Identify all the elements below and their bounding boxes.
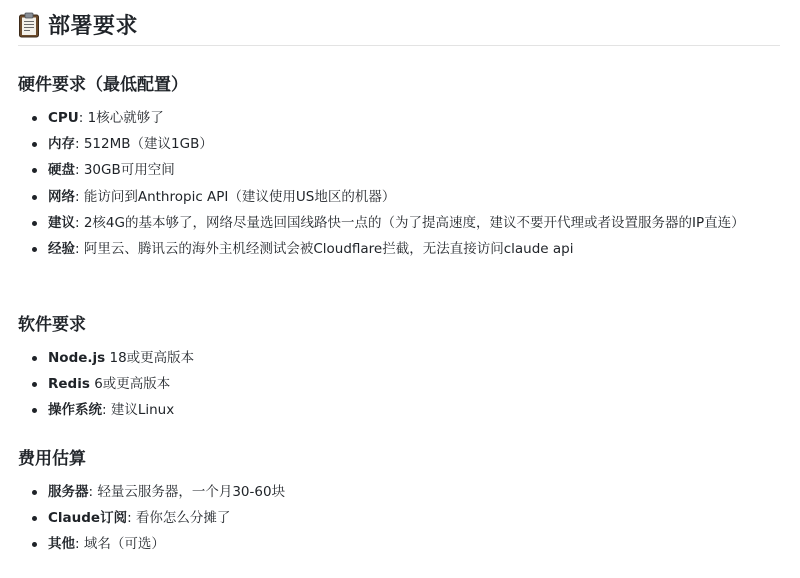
item-text: 域名（可选） (84, 536, 165, 552)
hardware-list: CPU: 1核心就够了 内存: 512MB（建议1GB） 硬盘: 30GB可用空… (18, 109, 788, 258)
list-item: 硬盘: 30GB可用空间 (30, 161, 788, 179)
list-item: 其他: 域名（可选） (30, 535, 788, 553)
page-heading: 部署要求 (18, 0, 780, 46)
section-cost: 费用估算 服务器: 轻量云服务器，一个月30-60块 Claude订阅: 看你怎… (18, 444, 788, 562)
list-item: CPU: 1核心就够了 (30, 109, 788, 127)
list-item: 服务器: 轻量云服务器，一个月30-60块 (30, 483, 788, 501)
item-text: 建议Linux (111, 402, 174, 418)
item-label: 其他 (48, 536, 75, 552)
software-list: Node.js 18或更高版本 Redis 6或更高版本 操作系统: 建议Lin… (18, 349, 788, 419)
item-label: Redis (48, 376, 90, 392)
item-text: 30GB可用空间 (84, 162, 175, 178)
section-title: 费用估算 (18, 444, 788, 469)
clipboard-icon (18, 12, 40, 38)
item-label: 网络 (48, 189, 75, 205)
page-title: 部署要求 (48, 9, 138, 40)
item-label: 内存 (48, 136, 75, 152)
list-item: 内存: 512MB（建议1GB） (30, 135, 788, 153)
item-text: 看你怎么分摊了 (136, 510, 231, 526)
item-label: 硬盘 (48, 162, 75, 178)
item-label: Claude订阅 (48, 510, 127, 526)
list-item: 经验: 阿里云、腾讯云的海外主机经测试会被Cloudflare拦截，无法直接访问… (30, 240, 788, 258)
item-text: 18或更高版本 (109, 350, 194, 366)
list-item: Claude订阅: 看你怎么分摊了 (30, 509, 788, 527)
item-text: 阿里云、腾讯云的海外主机经测试会被Cloudflare拦截，无法直接访问clau… (84, 241, 574, 257)
cost-list: 服务器: 轻量云服务器，一个月30-60块 Claude订阅: 看你怎么分摊了 … (18, 483, 788, 553)
item-label: CPU (48, 110, 79, 126)
section-software: 软件要求 Node.js 18或更高版本 Redis 6或更高版本 操作系统: … (18, 310, 788, 428)
list-item: 操作系统: 建议Linux (30, 401, 788, 419)
item-label: 操作系统 (48, 402, 102, 418)
section-title: 硬件要求（最低配置） (18, 70, 788, 95)
item-label: 服务器 (48, 484, 89, 500)
section-title: 软件要求 (18, 310, 788, 335)
item-text: 512MB（建议1GB） (84, 136, 213, 152)
list-item: 网络: 能访问到Anthropic API（建议使用US地区的机器） (30, 188, 788, 206)
item-label: 经验 (48, 241, 75, 257)
item-text: 2核4G的基本够了，网络尽量选回国线路快一点的（为了提高速度，建议不要开代理或者… (84, 215, 745, 231)
list-item: 建议: 2核4G的基本够了，网络尽量选回国线路快一点的（为了提高速度，建议不要开… (30, 214, 783, 232)
document: 部署要求 硬件要求（最低配置） CPU: 1核心就够了 内存: 512MB（建议… (0, 0, 800, 46)
item-text: 1核心就够了 (88, 110, 164, 126)
list-item: Redis 6或更高版本 (30, 375, 788, 393)
item-text: 6或更高版本 (94, 376, 170, 392)
section-hardware: 硬件要求（最低配置） CPU: 1核心就够了 内存: 512MB（建议1GB） … (18, 70, 788, 266)
item-text: 轻量云服务器，一个月30-60块 (97, 484, 285, 500)
item-label: Node.js (48, 350, 105, 366)
item-label: 建议 (48, 215, 75, 231)
item-text: 能访问到Anthropic API（建议使用US地区的机器） (84, 189, 396, 205)
list-item: Node.js 18或更高版本 (30, 349, 788, 367)
